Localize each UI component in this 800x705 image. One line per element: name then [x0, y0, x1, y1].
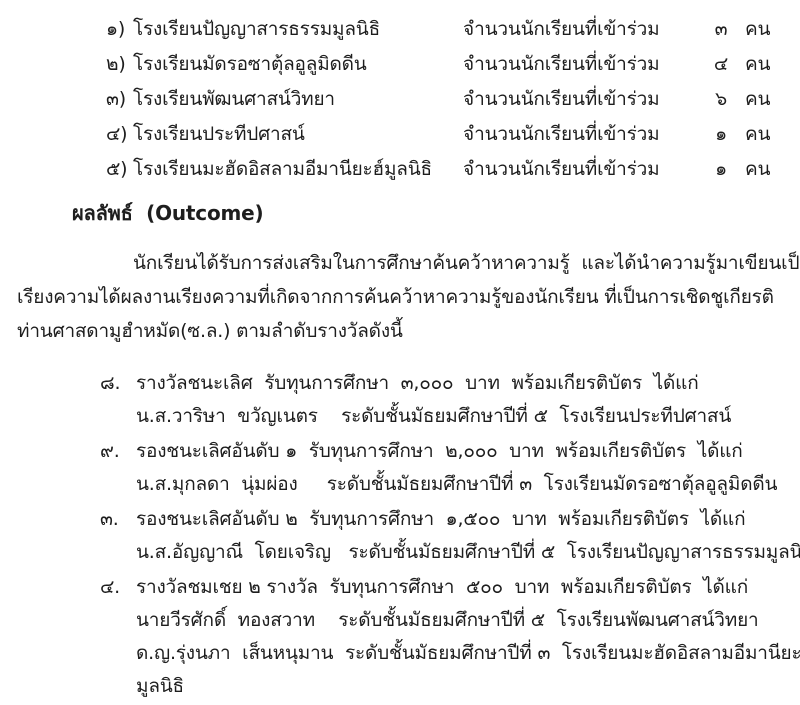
row-number: ๔): [106, 117, 133, 152]
row-number: ๕): [106, 152, 133, 187]
award-line: น.ส.อัญญาณี โดยเจริญ ระดับชั้นมัธยมศึกษา…: [136, 536, 796, 569]
count-unit: คน: [739, 117, 789, 152]
participant-row: ๒) โรงเรียนมัดรอซาตุ้ลอูลูมิดดีน จำนวนนั…: [0, 47, 800, 82]
participants-count-label: จำนวนนักเรียนที่เข้าร่วม: [463, 117, 703, 152]
school-name: โรงเรียนปัญญาสารธรรมมูลนิธิ: [133, 12, 463, 47]
school-name: โรงเรียนประทีปศาสน์: [133, 117, 463, 152]
award-line: ด.ญ.รุ่งนภา เส็นหนุมาน ระดับชั้นมัธยมศึก…: [136, 637, 796, 670]
award-line: น.ส.วาริษา ขวัญเนตร ระดับชั้นมัธยมศึกษาป…: [136, 400, 796, 433]
participant-count: ๑: [703, 152, 739, 187]
paragraph-line: นักเรียนได้รับการส่งเสริมในการศึกษาค้นคว…: [17, 246, 792, 280]
outcome-heading: ผลลัพธ์ (Outcome): [72, 196, 263, 231]
school-name: โรงเรียนมัดรอซาตุ้ลอูลูมิดดีน: [133, 47, 463, 82]
participant-count: ๔: [703, 47, 739, 82]
award-line: มูลนิธิ: [136, 670, 796, 703]
participants-count-label: จำนวนนักเรียนที่เข้าร่วม: [463, 82, 703, 117]
award-text: รองชนะเลิศอันดับ ๒ รับทุนการศึกษา ๑,๕๐๐ …: [136, 503, 796, 569]
award-line: นายวีรศักดิ์ ทองสวาท ระดับชั้นมัธยมศึกษา…: [136, 604, 796, 637]
participants-count-label: จำนวนนักเรียนที่เข้าร่วม: [463, 47, 703, 82]
count-unit: คน: [739, 12, 789, 47]
award-number: ๔.: [100, 571, 136, 703]
count-unit: คน: [739, 82, 789, 117]
school-name: โรงเรียนมะฮัดอิสลามอีมานียะฮ์มูลนิธิ: [133, 152, 463, 187]
school-name: โรงเรียนพัฒนศาสน์วิทยา: [133, 82, 463, 117]
paragraph-line: เรียงความได้ผลงานเรียงความที่เกิดจากการค…: [17, 280, 792, 314]
award-line: น.ส.มุกลดา นุ่มผ่อง ระดับชั้นมัธยมศึกษาป…: [136, 468, 796, 501]
participant-count: ๖: [703, 82, 739, 117]
participant-row: ๔) โรงเรียนประทีปศาสน์ จำนวนนักเรียนที่เ…: [0, 117, 800, 152]
award-text: รางวัลชมเชย ๒ รางวัล รับทุนการศึกษา ๕๐๐ …: [136, 571, 796, 703]
award-number: ๙.: [100, 435, 136, 501]
award-number: ๓.: [100, 503, 136, 569]
award-item: ๓. รองชนะเลิศอันดับ ๒ รับทุนการศึกษา ๑,๕…: [100, 503, 800, 569]
row-number: ๒): [106, 47, 133, 82]
participants-list: ๑) โรงเรียนปัญญาสารธรรมมูลนิธิ จำนวนนักเ…: [0, 12, 800, 187]
participant-row: ๓) โรงเรียนพัฒนศาสน์วิทยา จำนวนนักเรียนท…: [0, 82, 800, 117]
award-text: รองชนะเลิศอันดับ ๑ รับทุนการศึกษา ๒,๐๐๐ …: [136, 435, 796, 501]
participants-count-label: จำนวนนักเรียนที่เข้าร่วม: [463, 152, 703, 187]
award-number: ๘.: [100, 367, 136, 433]
award-line: รองชนะเลิศอันดับ ๑ รับทุนการศึกษา ๒,๐๐๐ …: [136, 435, 796, 468]
award-line: รางวัลชมเชย ๒ รางวัล รับทุนการศึกษา ๕๐๐ …: [136, 571, 796, 604]
award-item: ๘. รางวัลชนะเลิศ รับทุนการศึกษา ๓,๐๐๐ บา…: [100, 367, 800, 433]
awards-list: ๘. รางวัลชนะเลิศ รับทุนการศึกษา ๓,๐๐๐ บา…: [100, 367, 800, 705]
award-item: ๔. รางวัลชมเชย ๒ รางวัล รับทุนการศึกษา ๕…: [100, 571, 800, 703]
document-page: ๑) โรงเรียนปัญญาสารธรรมมูลนิธิ จำนวนนักเ…: [0, 0, 800, 705]
participants-count-label: จำนวนนักเรียนที่เข้าร่วม: [463, 12, 703, 47]
participant-row: ๕) โรงเรียนมะฮัดอิสลามอีมานียะฮ์มูลนิธิ …: [0, 152, 800, 187]
row-number: ๑): [106, 12, 133, 47]
award-line: รองชนะเลิศอันดับ ๒ รับทุนการศึกษา ๑,๕๐๐ …: [136, 503, 796, 536]
participant-row: ๑) โรงเรียนปัญญาสารธรรมมูลนิธิ จำนวนนักเ…: [0, 12, 800, 47]
outcome-paragraph: นักเรียนได้รับการส่งเสริมในการศึกษาค้นคว…: [17, 246, 792, 348]
row-number: ๓): [106, 82, 133, 117]
count-unit: คน: [739, 47, 789, 82]
participant-count: ๑: [703, 117, 739, 152]
award-item: ๙. รองชนะเลิศอันดับ ๑ รับทุนการศึกษา ๒,๐…: [100, 435, 800, 501]
award-line: รางวัลชนะเลิศ รับทุนการศึกษา ๓,๐๐๐ บาท พ…: [136, 367, 796, 400]
award-text: รางวัลชนะเลิศ รับทุนการศึกษา ๓,๐๐๐ บาท พ…: [136, 367, 796, 433]
count-unit: คน: [739, 152, 789, 187]
participant-count: ๓: [703, 12, 739, 47]
paragraph-line: ท่านศาสดามูฮำหมัด(ซ.ล.) ตามลำดับรางวัลดั…: [17, 314, 792, 348]
